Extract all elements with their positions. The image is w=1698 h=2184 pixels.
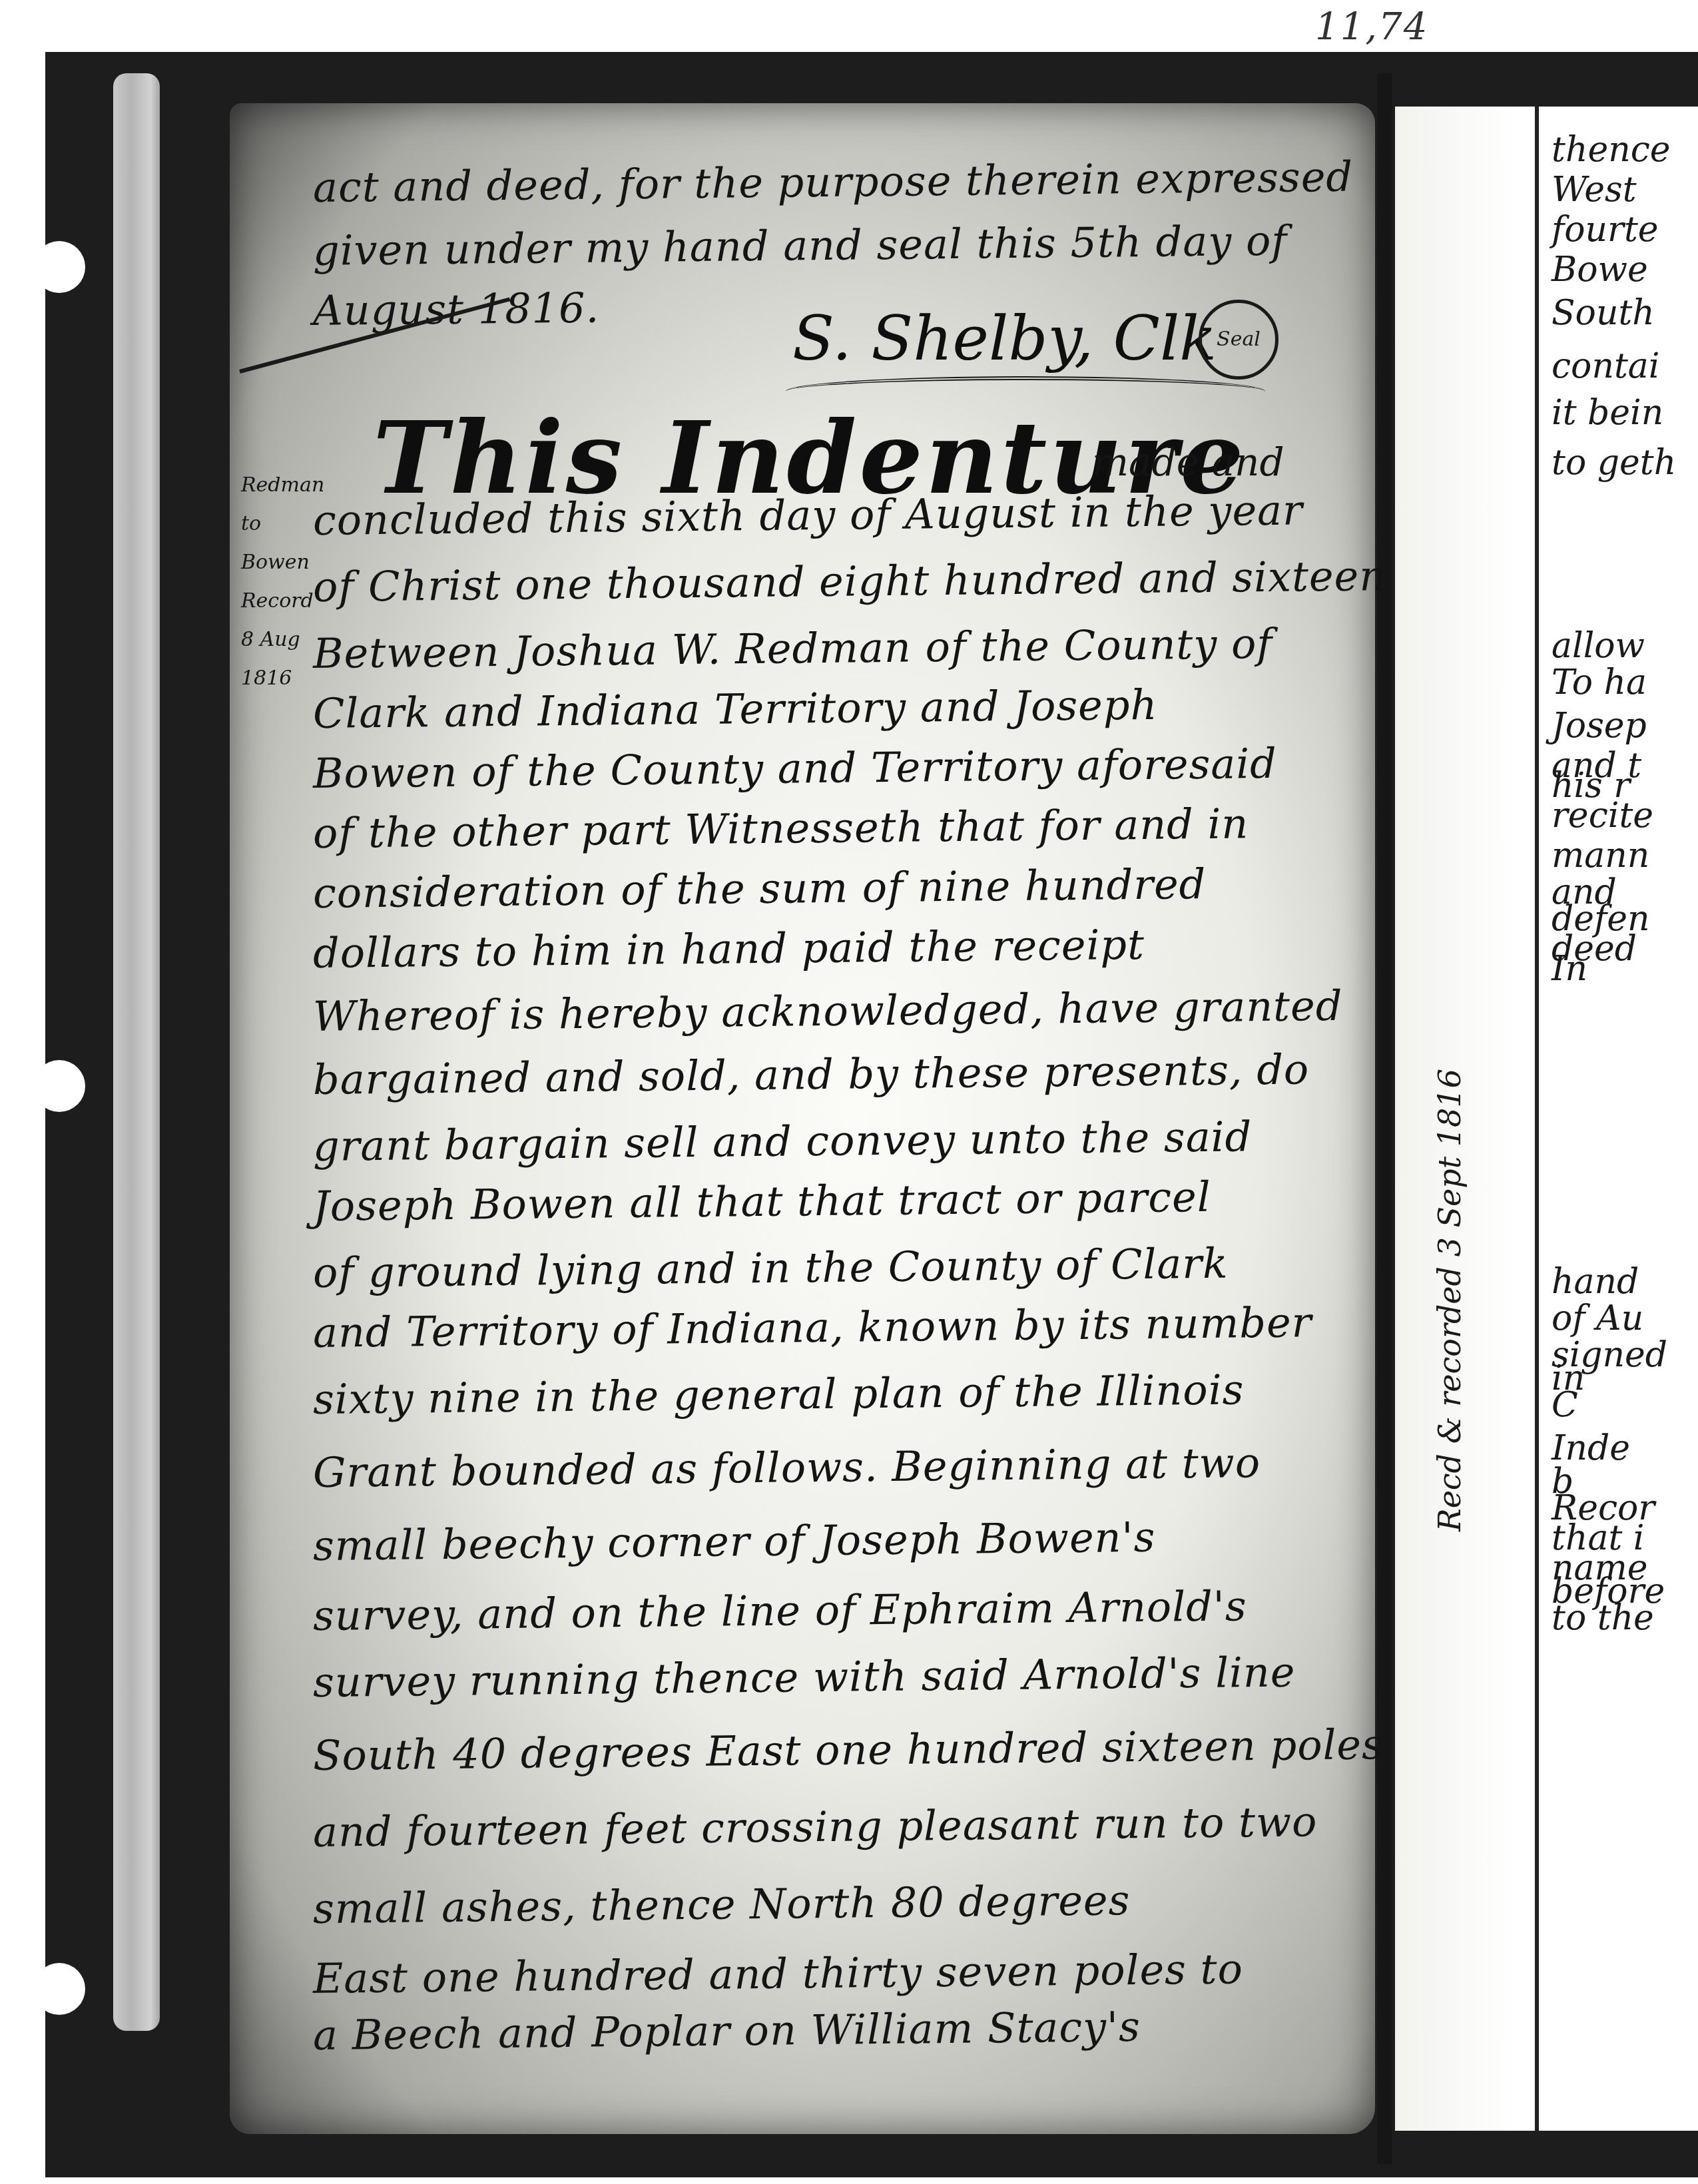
- deed-line: concluded this sixth day of August in th…: [313, 485, 1303, 545]
- right-page-fragment: to geth: [1552, 443, 1676, 483]
- indenture-title-tail: made and: [1092, 439, 1284, 485]
- deed-line: a Beech and Poplar on William Stacy's: [313, 2002, 1141, 2059]
- deed-line: Between Joshua W. Redman of the County o…: [313, 619, 1273, 678]
- right-page-fragment: Josep: [1552, 706, 1647, 746]
- deed-line: consideration of the sum of nine hundred: [313, 860, 1207, 918]
- opening-line: August 1816.: [313, 283, 600, 335]
- deed-line: Joseph Bowen all that that tract or parc…: [313, 1173, 1211, 1230]
- column-rule: [1535, 107, 1539, 2131]
- right-page-fragment: contai: [1552, 346, 1659, 386]
- right-page-fragment: hand: [1552, 1262, 1639, 1302]
- page-gutter: [1377, 73, 1392, 2164]
- right-page-fragment: of Au: [1552, 1298, 1643, 1338]
- deed-line: survey running thence with said Arnold's…: [313, 1648, 1296, 1707]
- deed-line: dollars to him in hand paid the receipt: [313, 920, 1145, 977]
- right-page-fragment: South: [1552, 293, 1655, 333]
- punch-hole: [33, 241, 85, 293]
- clerk-signature: S. Shelby, Clk: [792, 303, 1217, 374]
- right-page-fragment: mann: [1552, 836, 1649, 876]
- binding-strip: [113, 73, 160, 2031]
- right-page-fragment: it bein: [1552, 393, 1663, 433]
- punch-hole: [33, 1060, 85, 1112]
- deed-line: Grant bounded as follows. Beginning at t…: [313, 1438, 1261, 1497]
- deed-line: of the other part Witnesseth that for an…: [313, 799, 1249, 858]
- right-page-fragment: to the: [1552, 1598, 1654, 1638]
- deed-line: sixty nine in the general plan of the Il…: [313, 1365, 1245, 1424]
- page-number: 11,74: [1315, 5, 1428, 49]
- vertical-recording-note: Recd & recorded 3 Sept 1816: [1432, 1069, 1468, 1531]
- opening-line: given under my hand and seal this 5th da…: [313, 216, 1288, 275]
- right-page-fragment: In: [1552, 949, 1587, 989]
- deed-line: Clark and Indiana Territory and Joseph: [313, 681, 1158, 738]
- deed-line: survey, and on the line of Ephraim Arnol…: [313, 1581, 1247, 1640]
- deed-line: East one hundred and thirty seven poles …: [313, 1944, 1244, 2003]
- right-page-fragment: Bowe: [1552, 250, 1648, 290]
- right-page-fragment: thence: [1552, 130, 1671, 170]
- punch-hole: [33, 1963, 85, 2015]
- deed-line: Bowen of the County and Territory afores…: [313, 739, 1278, 798]
- deed-line: small ashes, thence North 80 degrees: [313, 1876, 1131, 1933]
- right-page-fragment: fourte: [1552, 210, 1659, 250]
- deed-line: of ground lying and in the County of Cla…: [313, 1239, 1229, 1297]
- deed-line: small beechy corner of Joseph Bowen's: [313, 1513, 1156, 1570]
- right-page-fragment: recite: [1552, 796, 1653, 836]
- right-page-fragment: allow: [1552, 626, 1645, 666]
- right-page-fragment: C: [1552, 1385, 1578, 1425]
- right-page-fragment: To ha: [1552, 663, 1647, 702]
- right-page-fragment: West: [1552, 170, 1637, 210]
- deed-line: grant bargain sell and convey unto the s…: [313, 1112, 1253, 1171]
- seal-mark: Seal: [1199, 300, 1278, 380]
